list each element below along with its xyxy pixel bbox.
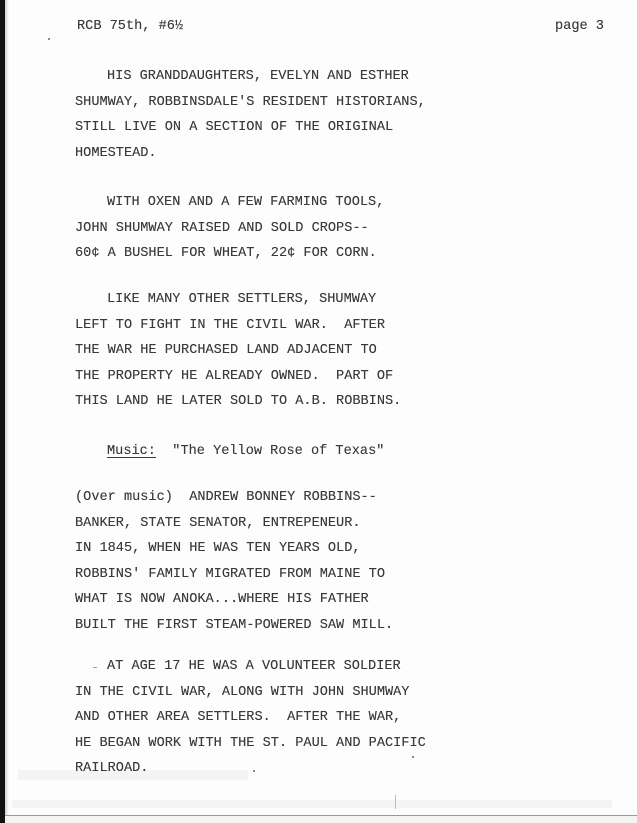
scan-smudge (12, 800, 612, 808)
music-spacer (156, 444, 172, 459)
page-bottom-edge (5, 815, 637, 816)
scan-bottom-margin (5, 816, 637, 823)
text-line: WITH OXEN AND A FEW FARMING TOOLS, (75, 195, 384, 221)
paragraph-volunteer: AT AGE 17 HE WAS A VOLUNTEER SOLDIER IN … (75, 659, 426, 787)
music-title: "The Yellow Rose of Texas" (172, 444, 384, 459)
text-line: 60¢ A BUSHEL FOR WHEAT, 22¢ FOR CORN. (75, 246, 384, 272)
paragraph-granddaughters: HIS GRANDDAUGHTERS, EVELYN AND ESTHER SH… (75, 69, 426, 171)
scan-left-shadow (5, 0, 9, 823)
text-line: STILL LIVE ON A SECTION OF THE ORIGINAL (75, 120, 426, 146)
music-cue: Music: "The Yellow Rose of Texas" (75, 444, 384, 470)
music-cue-line: Music: "The Yellow Rose of Texas" (75, 444, 384, 470)
paragraph-robbins: (Over music) ANDREW BONNEY ROBBINS-- BAN… (75, 490, 393, 643)
text-line: HE BEGAN WORK WITH THE ST. PAUL AND PACI… (75, 736, 426, 762)
music-label: Music: (107, 444, 156, 459)
paragraph-civil-war: LIKE MANY OTHER SETTLERS, SHUMWAY LEFT T… (75, 292, 401, 420)
text-line: JOHN SHUMWAY RAISED AND SOLD CROPS-- (75, 221, 384, 247)
text-line: THIS LAND HE LATER SOLD TO A.B. ROBBINS. (75, 394, 401, 420)
text-line: BUILT THE FIRST STEAM-POWERED SAW MILL. (75, 618, 393, 644)
text-line: AT AGE 17 HE WAS A VOLUNTEER SOLDIER (75, 659, 426, 685)
scan-speck (412, 756, 414, 758)
paragraph-oxen: WITH OXEN AND A FEW FARMING TOOLS, JOHN … (75, 195, 384, 272)
page-number: page 3 (555, 19, 604, 35)
text-line: BANKER, STATE SENATOR, ENTREPENEUR. (75, 516, 393, 542)
text-line: WHAT IS NOW ANOKA...WHERE HIS FATHER (75, 592, 393, 618)
scan-mark (395, 795, 396, 809)
text-line: IN THE CIVIL WAR, ALONG WITH JOHN SHUMWA… (75, 685, 426, 711)
text-line: IN 1845, WHEN HE WAS TEN YEARS OLD, (75, 541, 393, 567)
text-line: AND OTHER AREA SETTLERS. AFTER THE WAR, (75, 710, 426, 736)
text-line: LEFT TO FIGHT IN THE CIVIL WAR. AFTER (75, 318, 401, 344)
text-line: (Over music) ANDREW BONNEY ROBBINS-- (75, 490, 393, 516)
text-line: ROBBINS' FAMILY MIGRATED FROM MAINE TO (75, 567, 393, 593)
text-line: HIS GRANDDAUGHTERS, EVELYN AND ESTHER (75, 69, 426, 95)
scan-speck (253, 770, 255, 772)
text-line: LIKE MANY OTHER SETTLERS, SHUMWAY (75, 292, 401, 318)
text-line: SHUMWAY, ROBBINSDALE'S RESIDENT HISTORIA… (75, 95, 426, 121)
text-line: THE PROPERTY HE ALREADY OWNED. PART OF (75, 369, 401, 395)
text-line: RAILROAD. (75, 761, 426, 787)
text-line: THE WAR HE PURCHASED LAND ADJACENT TO (75, 343, 401, 369)
scan-speck (93, 667, 97, 668)
text-line: HOMESTEAD. (75, 146, 426, 172)
document-reference: RCB 75th, #6½ (77, 19, 183, 35)
scan-speck (48, 38, 50, 40)
